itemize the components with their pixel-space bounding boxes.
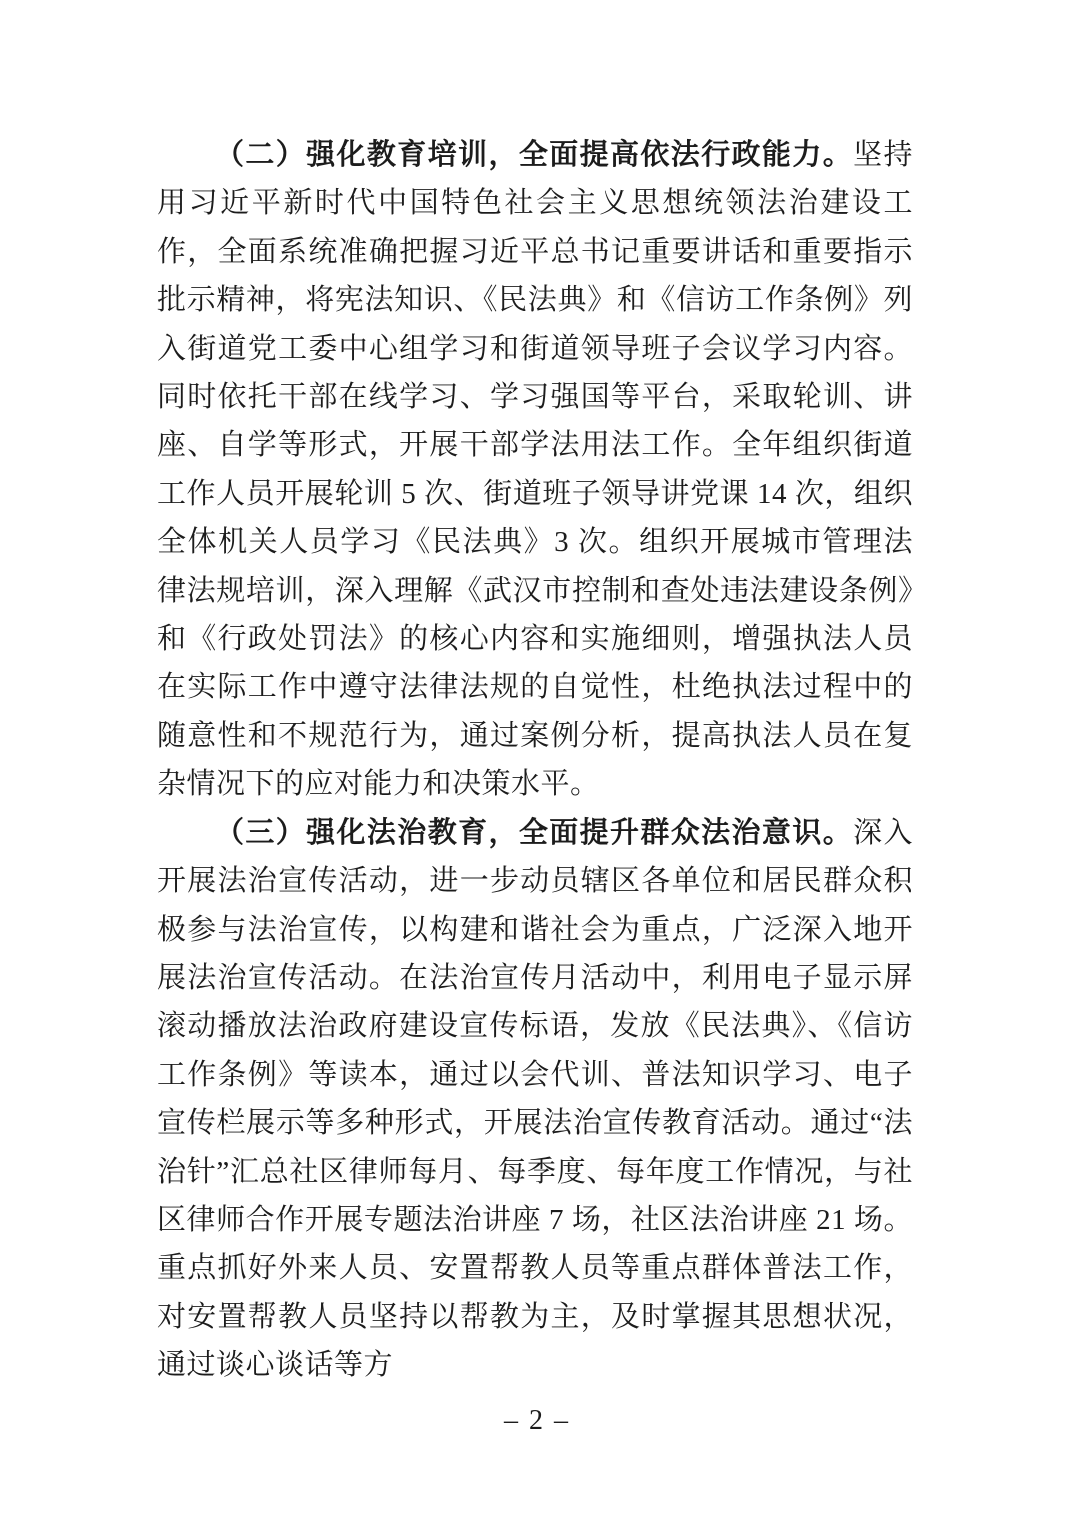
document-body-text: （二）强化教育培训，全面提高依法行政能力。坚持用习近平新时代中国特色社会主义思想… xyxy=(157,131,913,1390)
paragraph-section-3: （三）强化法治教育，全面提升群众法治意识。深入开展法治宣传活动，进一步动员辖区各… xyxy=(157,809,913,1390)
page-number: – 2 – xyxy=(0,1405,1074,1437)
section-2-body: 坚持用习近平新时代中国特色社会主义思想统领法治建设工作，全面系统准确把握习近平总… xyxy=(157,139,913,800)
section-2-heading: （二）强化教育培训，全面提高依法行政能力。 xyxy=(215,139,853,171)
paragraph-section-2: （二）强化教育培训，全面提高依法行政能力。坚持用习近平新时代中国特色社会主义思想… xyxy=(157,131,913,809)
section-3-heading: （三）强化法治教育，全面提升群众法治意识。 xyxy=(215,817,853,849)
section-3-body: 深入开展法治宣传活动，进一步动员辖区各单位和居民群众积极参与法治宣传，以构建和谐… xyxy=(157,817,913,1381)
document-page: （二）强化教育培训，全面提高依法行政能力。坚持用习近平新时代中国特色社会主义思想… xyxy=(0,0,1074,1520)
